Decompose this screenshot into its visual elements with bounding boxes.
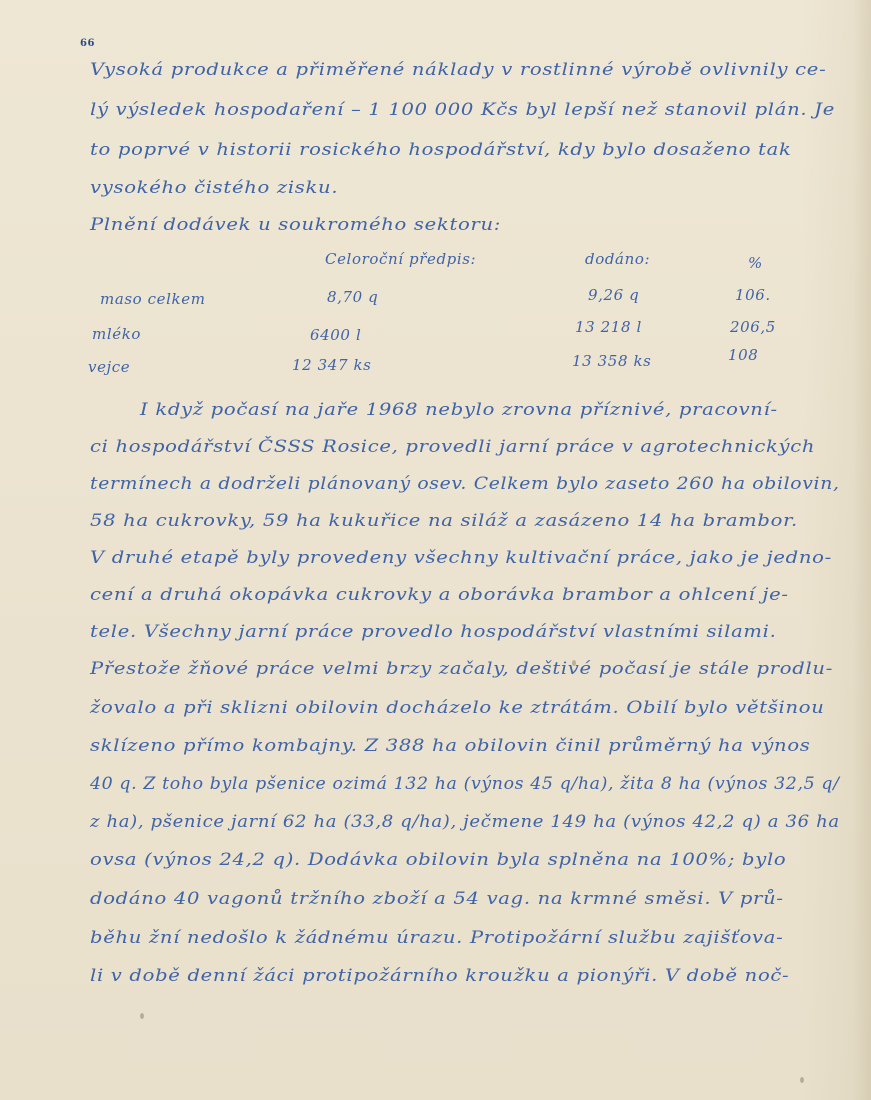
text-line: ci hospodářství ČSSS Rosice, provedli ja…: [90, 437, 815, 457]
text-line: Vysoká produkce a přiměřené náklady v ro…: [90, 60, 826, 80]
text-line: tele. Všechny jarní práce provedlo hospo…: [90, 622, 776, 642]
table-cell-item: vejce: [88, 358, 130, 376]
paper-speck: [140, 1013, 144, 1019]
text-line: V druhé etapě byly provedeny všechny kul…: [90, 548, 832, 568]
table-cell-prescription: 6400 l: [310, 326, 361, 344]
paper-speck: [800, 1077, 804, 1083]
handwritten-chronicle-page: 66 Vysoká produkce a přiměřené náklady v…: [0, 0, 871, 1100]
text-line: z ha), pšenice jarní 62 ha (33,8 q/ha), …: [90, 812, 840, 832]
page-edge-shadow: [853, 0, 871, 1100]
text-line: cení a druhá okopávka cukrovky a oborávk…: [90, 585, 789, 605]
text-line: 40 q. Z toho byla pšenice ozimá 132 ha (…: [90, 774, 840, 794]
table-cell-percent: 108: [728, 346, 758, 364]
table-cell-item: mléko: [92, 325, 141, 343]
text-line: lý výsledek hospodaření – 1 100 000 Kčs …: [90, 100, 835, 120]
text-line: sklízeno přímo kombajny. Z 388 ha obilov…: [90, 736, 811, 756]
table-cell-prescription: 12 347 ks: [292, 356, 371, 374]
text-line: termínech a dodrželi plánovaný osev. Cel…: [90, 474, 840, 494]
table-cell-item: maso celkem: [100, 290, 206, 308]
text-line: žovalo a při sklizni obilovin docházelo …: [90, 698, 824, 718]
text-line: dodáno 40 vagonů tržního zboží a 54 vag.…: [90, 889, 784, 909]
page-number: 66: [80, 38, 95, 49]
text-line: běhu žní nedošlo k žádnému úrazu. Protip…: [90, 928, 783, 948]
table-header-delivered: dodáno:: [585, 250, 650, 268]
table-cell-percent: 106.: [735, 286, 771, 304]
table-cell-delivered: 13 218 l: [575, 318, 642, 336]
text-line: I když počasí na jaře 1968 nebylo zrovna…: [140, 400, 778, 420]
table-cell-delivered: 13 358 ks: [572, 352, 651, 370]
text-line: to poprvé v historii rosického hospodářs…: [90, 140, 792, 160]
table-intro: Plnění dodávek u soukromého sektoru:: [90, 215, 501, 235]
text-line: vysokého čistého zisku.: [90, 178, 338, 198]
table-header-percent: %: [748, 254, 763, 272]
table-cell-prescription: 8,70 q: [327, 288, 378, 306]
text-line: ovsa (výnos 24,2 q). Dodávka obilovin by…: [90, 850, 786, 870]
text-line: li v době denní žáci protipožárního krou…: [90, 966, 789, 986]
text-line: 58 ha cukrovky, 59 ha kukuřice na siláž …: [90, 511, 798, 531]
text-line: Přestože žňové práce velmi brzy začaly, …: [90, 659, 833, 679]
table-cell-delivered: 9,26 q: [588, 286, 639, 304]
table-header-prescription: Celoroční předpis:: [325, 250, 476, 268]
paper-speck: [572, 660, 576, 666]
table-cell-percent: 206,5: [730, 318, 776, 336]
